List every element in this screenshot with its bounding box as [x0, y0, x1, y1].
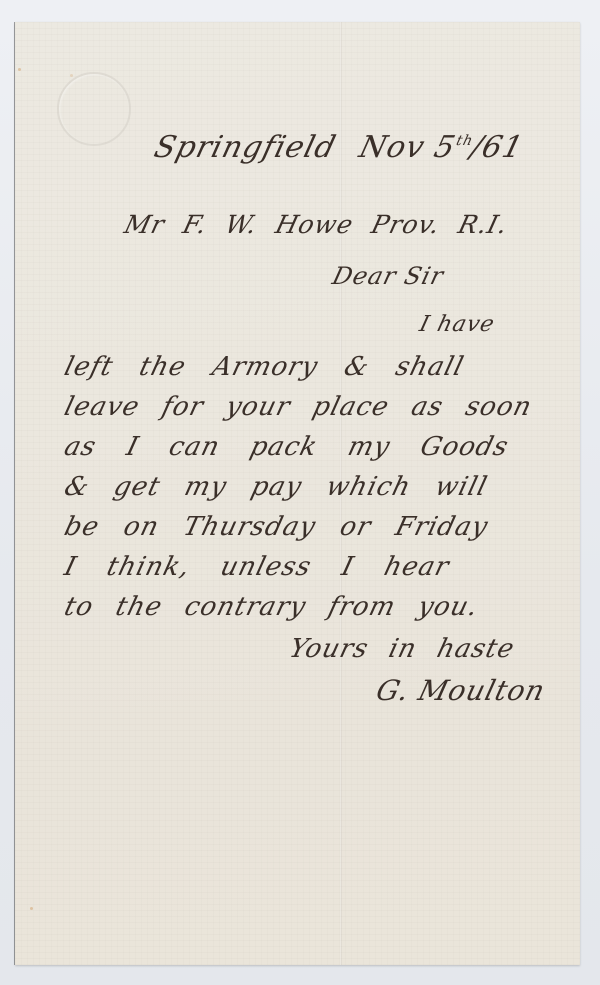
letter-date: Nov 5: [356, 130, 460, 165]
letter-signature: G. Moulton: [373, 674, 549, 707]
letter-body-line: left the Armory & shall: [61, 352, 467, 382]
letter-body-line: leave for your place as soon: [61, 392, 535, 422]
letter-body-line: I think, unless I hear: [61, 552, 452, 582]
letter-place: Springfield: [151, 130, 340, 165]
embossed-stamp-icon: [57, 72, 131, 146]
letter-paper: Springfield Nov 5th/61 Mr F. W. Howe Pro…: [15, 22, 580, 965]
letter-body-line: & get my pay which will: [61, 472, 490, 502]
letter-closing: Yours in haste: [286, 634, 518, 664]
letter-body-line: be on Thursday or Friday: [61, 512, 491, 542]
letter-addressee: Mr F. W. Howe Prov. R.I.: [121, 210, 511, 239]
foxing-spot: [70, 74, 73, 77]
letter-body-line: as I can pack my Goods: [61, 432, 512, 462]
foxing-spot: [18, 68, 21, 71]
letter-year: /61: [467, 130, 527, 165]
letter-salutation: Dear Sir: [330, 262, 447, 290]
letter-place-date: Springfield Nov 5th/61: [151, 130, 528, 165]
letter-body-line: to the contrary from you.: [61, 592, 481, 622]
foxing-spot: [30, 907, 33, 910]
letter-body-line: I have: [417, 312, 498, 337]
